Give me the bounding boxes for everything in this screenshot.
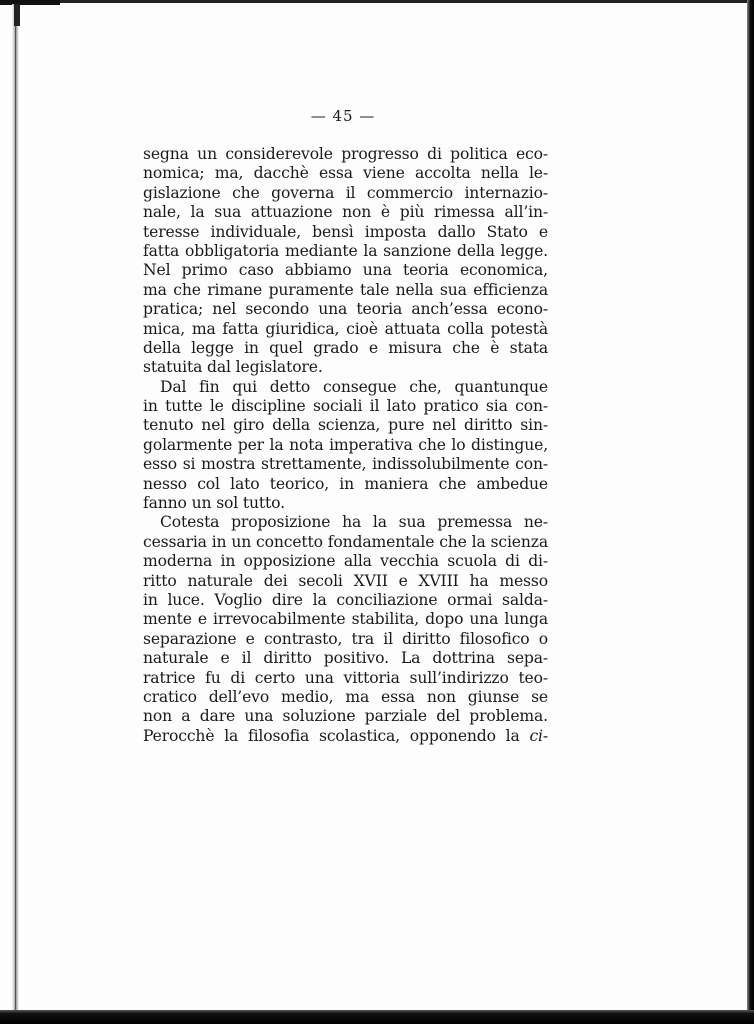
text-line-final: Perocchè la filosofia scolastica, oppone… [143, 727, 548, 746]
text-line: Dal fin qui detto consegue che, quantunq… [143, 378, 548, 397]
text-line: separazione e contrasto, tra il diritto … [143, 630, 548, 649]
text-line: gislazione che governa il commercio inte… [143, 184, 548, 203]
text-line: moderna in opposizione alla vecchia scuo… [143, 552, 548, 571]
page-top-edge [0, 0, 754, 3]
text-line: fatta obbligatoria mediante la sanzione … [143, 242, 548, 261]
text-line: tenuto nel giro della scienza, pure nel … [143, 416, 548, 435]
text-line: cessaria in un concetto fondamentale che… [143, 533, 548, 552]
text-line: della legge in quel grado e misura che è… [143, 339, 548, 358]
text-line: mica, ma fatta giuridica, cioè attuata c… [143, 320, 548, 339]
text-line: fanno un sol tutto. [143, 494, 548, 513]
paragraph-2: Dal fin qui detto consegue che, quantunq… [143, 378, 548, 514]
text-line: ratrice fu di certo una vittoria sull’in… [143, 669, 548, 688]
page-number: — 45 — [0, 107, 686, 125]
paragraph-1: segna un considerevole progresso di poli… [143, 145, 548, 378]
paragraph-3: Cotesta proposizione ha la sua premessa … [143, 513, 548, 746]
text-line: statuita dal legislatore. [143, 358, 548, 377]
text-line: Cotesta proposizione ha la sua premessa … [143, 513, 548, 532]
binding-line [15, 4, 16, 1010]
text-line: ma che rimane puramente tale nella sua e… [143, 281, 548, 300]
text-line: non a dare una soluzione parziale del pr… [143, 707, 548, 726]
text-line: segna un considerevole progresso di poli… [143, 145, 548, 164]
text-line: cratico dell’evo medio, ma essa non giun… [143, 688, 548, 707]
text-line-main: Perocchè la filosofia scolastica, oppone… [143, 727, 520, 745]
text-line: teresse individuale, bensì imposta dallo… [143, 223, 548, 242]
text-line: naturale e il diritto positivo. La dottr… [143, 649, 548, 668]
text-line: ritto naturale dei secoli XVII e XVIII h… [143, 572, 548, 591]
text-line: in luce. Voglio dire la conciliazione or… [143, 591, 548, 610]
text-line: nale, la sua attuazione non è più rimess… [143, 203, 548, 222]
page-top-edge-shadow [0, 0, 60, 5]
text-line: mente e irrevocabilmente stabilita, dopo… [143, 610, 548, 629]
binding-top-mark [14, 4, 20, 26]
body-text: segna un considerevole progresso di poli… [143, 145, 548, 746]
text-line: golarmente per la nota imperativa che lo… [143, 436, 548, 455]
text-line: nesso col lato teorico, in maniera che a… [143, 475, 548, 494]
text-line: in tutte le discipline sociali il lato p… [143, 397, 548, 416]
page-bottom-edge [0, 1010, 754, 1024]
text-line: nomica; ma, dacchè essa viene accolta ne… [143, 164, 548, 183]
italic-hyphenated-word: ci- [529, 727, 548, 745]
page-right-edge [747, 0, 754, 1024]
text-line: Nel primo caso abbiamo una teoria econom… [143, 261, 548, 280]
text-line: pratica; nel secondo una teoria anch’ess… [143, 300, 548, 319]
text-line: esso si mostra strettamente, indissolubi… [143, 455, 548, 474]
